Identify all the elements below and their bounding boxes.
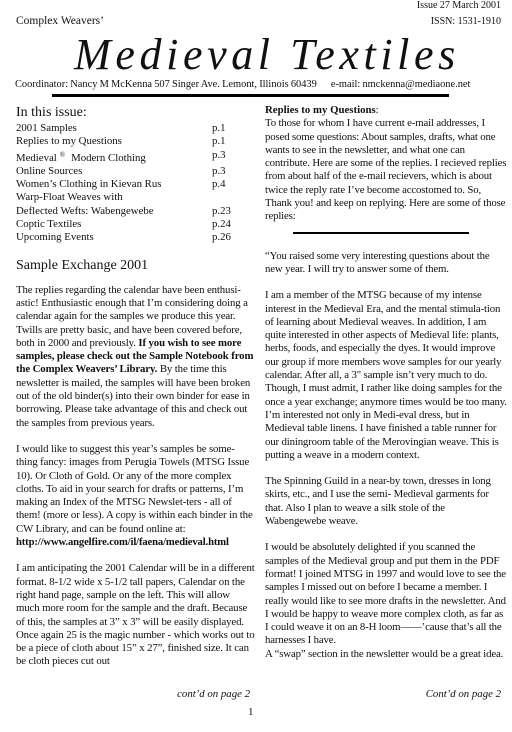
toc-item: 2001 Samplesp.1 (16, 122, 255, 135)
toc-item-page: p.1 (212, 135, 252, 148)
article-paragraph: I am anticipating the 2001 Calendar will… (16, 562, 255, 668)
reply-paragraph: A “swap” section in the newsletter would… (265, 648, 507, 661)
article-paragraph: I would like to suggest this year’s samp… (16, 443, 255, 549)
toc-item: Warp-Float Weaves with (16, 191, 255, 204)
toc-item-page (212, 191, 252, 204)
toc-item-page: p.3 (212, 165, 252, 178)
heading-colon: : (376, 104, 379, 116)
toc-item-title-part: Modern Clothing (71, 152, 146, 164)
right-column: Replies to my Questions: To those for wh… (265, 104, 507, 674)
replies-heading-text: Replies to my Questions (265, 104, 376, 116)
index-url-link[interactable]: http://www.angelfire.com/il/faena/mediev… (16, 537, 229, 548)
section-heading: Sample Exchange 2001 (16, 257, 255, 274)
replies-heading: Replies to my Questions: (265, 104, 507, 117)
reply-paragraph: I am a member of the MTSG because of my … (265, 289, 507, 462)
toc-item-title-part: Medieval (16, 152, 57, 164)
toc-item-title: Coptic Textiles (16, 218, 212, 231)
toc-item-title: 2001 Samples (16, 122, 212, 135)
toc-item-title: Online Sources (16, 165, 212, 178)
coordinator-email: e-mail: nmckenna@mediaone.net (331, 79, 471, 90)
toc-item: Replies to my Questionsp.1 (16, 135, 255, 148)
continued-note: cont’d on page 2 (16, 688, 250, 700)
reply-paragraph: The Spinning Guild in a near-by town, dr… (265, 475, 507, 528)
coordinator-line: Coordinator: Nancy M McKenna 507 Singer … (15, 79, 470, 90)
issue-date: Issue 27 March 2001 (417, 0, 501, 11)
toc-item-title: Replies to my Questions (16, 135, 212, 148)
toc-item-title: Upcoming Events (16, 231, 212, 244)
toc-item: Coptic Textilesp.24 (16, 218, 255, 231)
toc-item-page: p.1 (212, 122, 252, 135)
toc-item-page: p.23 (212, 205, 252, 218)
toc-item: Women’s Clothing in Kievan Rusp.4 (16, 178, 255, 191)
toc-item-title: Warp-Float Weaves with (16, 191, 212, 204)
toc-heading: In this issue: (16, 104, 255, 121)
reply-paragraph: “You raised some very interesting questi… (265, 250, 507, 277)
left-column: In this issue: 2001 Samplesp.1 Replies t… (16, 104, 255, 682)
masthead-title: Medieval Textiles (0, 30, 512, 80)
issn: ISSN: 1531-1910 (431, 16, 501, 27)
article-paragraph: The replies regarding the calendar have … (16, 284, 255, 430)
replies-divider (293, 232, 469, 234)
reply-paragraph: I would be absolutely delighted if you s… (265, 541, 507, 647)
toc-item-title: Medieval®Modern Clothing (16, 149, 212, 165)
registered-symbol-icon: ® (60, 151, 65, 159)
toc-item: Upcoming Eventsp.26 (16, 231, 255, 244)
toc-item: Medieval®Modern Clothingp.3 (16, 149, 255, 165)
toc-item-page: p.26 (212, 231, 252, 244)
article-paragraph: To those for whom I have current e-mail … (265, 117, 507, 223)
header-divider (52, 94, 449, 97)
toc-item-page: p.3 (212, 149, 252, 165)
page-number: 1 (248, 706, 254, 718)
coordinator-address: Coordinator: Nancy M McKenna 507 Singer … (15, 79, 317, 90)
toc-item: Online Sourcesp.3 (16, 165, 255, 178)
toc-item: Deflected Wefts: Wabengewebep.23 (16, 205, 255, 218)
toc-item-page: p.4 (212, 178, 252, 191)
paragraph-text: I would like to suggest this year’s samp… (16, 443, 253, 535)
toc-item-page: p.24 (212, 218, 252, 231)
toc-item-title: Women’s Clothing in Kievan Rus (16, 178, 212, 191)
toc-item-title: Deflected Wefts: Wabengewebe (16, 205, 212, 218)
publisher-name: Complex Weavers’ (16, 15, 104, 27)
table-of-contents: 2001 Samplesp.1 Replies to my Questionsp… (16, 122, 255, 245)
continued-note: Cont’d on page 2 (265, 688, 501, 700)
